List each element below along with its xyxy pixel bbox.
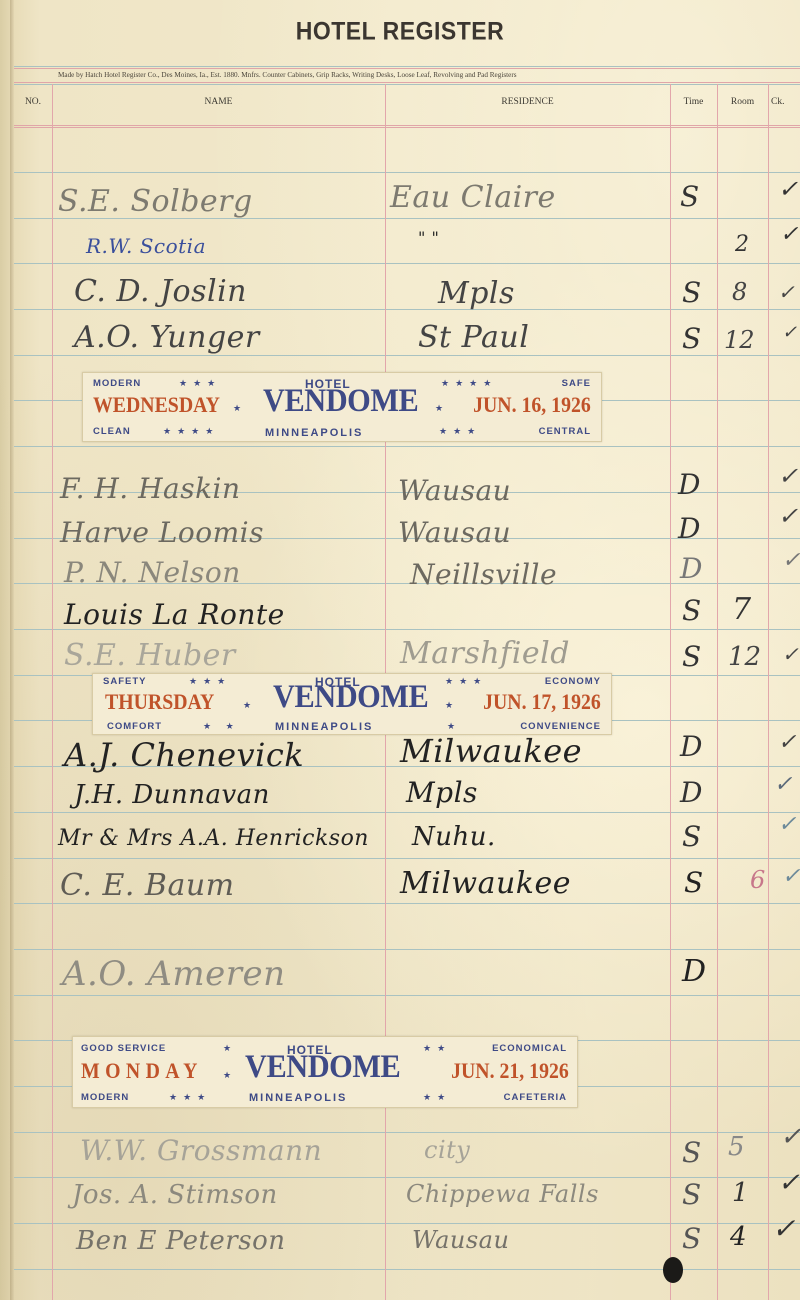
entry-residence: Mpls bbox=[438, 276, 515, 311]
stamp-date: JUN. 16, 1926 bbox=[473, 392, 591, 418]
rule-line bbox=[14, 82, 800, 83]
entry-check: ✓ bbox=[782, 548, 800, 573]
entry-residence: Nuhu. bbox=[412, 822, 496, 852]
stamp-slogan-bottom-left: MODERN bbox=[81, 1092, 129, 1103]
rule-line bbox=[14, 858, 800, 859]
date-stamp: SAFETY ★★★ ★★★ ECONOMY THURSDAY ★ HOTEL … bbox=[92, 673, 612, 735]
entry-check: ✓ bbox=[772, 1212, 795, 1245]
entry-name: Mr & Mrs A.A. Henrickson bbox=[58, 826, 369, 851]
entry-residence: Eau Claire bbox=[390, 180, 556, 215]
column-divider bbox=[670, 84, 671, 1300]
entry-name: C. D. Joslin bbox=[74, 274, 247, 309]
stamp-slogan-top-right: SAFE bbox=[562, 378, 591, 389]
entry-residence: Milwaukee bbox=[400, 866, 571, 901]
entry-time: D bbox=[680, 776, 702, 809]
stamp-hotel-name: VENDOME bbox=[273, 679, 428, 716]
entry-residence: Wausau bbox=[398, 516, 511, 549]
entry-name: S.E. Huber bbox=[64, 638, 236, 673]
entry-check: ✓ bbox=[782, 322, 797, 343]
stamp-day: WEDNESDAY bbox=[93, 392, 220, 418]
entry-name: Ben E Peterson bbox=[76, 1226, 285, 1256]
rule-line bbox=[14, 263, 800, 264]
stamp-slogan-bottom-left: CLEAN bbox=[93, 426, 131, 437]
entry-name: W.W. Grossmann bbox=[80, 1134, 322, 1167]
entry-check: ✓ bbox=[778, 502, 798, 530]
entry-residence: city bbox=[424, 1136, 470, 1164]
entry-name: Louis La Ronte bbox=[64, 598, 285, 631]
rule-line bbox=[14, 66, 800, 67]
entry-residence: Chippewa Falls bbox=[406, 1180, 599, 1208]
date-stamp: GOOD SERVICE ★ ★★ ECONOMICAL MONDAY ★ HO… bbox=[72, 1036, 578, 1108]
entry-room: 6 bbox=[750, 866, 765, 894]
rule-line bbox=[14, 84, 800, 85]
stamp-hotel-name: VENDOME bbox=[245, 1049, 400, 1086]
rule-line bbox=[14, 172, 800, 173]
star-icons: ★★★★ bbox=[441, 378, 497, 389]
entry-residence: Neillsville bbox=[410, 558, 557, 591]
star-icon: ★ bbox=[233, 403, 247, 414]
entry-check: ✓ bbox=[778, 730, 796, 755]
entry-name: Jos. A. Stimson bbox=[72, 1180, 278, 1210]
stamp-date: JUN. 21, 1926 bbox=[451, 1058, 569, 1084]
stamp-slogan-top-right: ECONOMY bbox=[545, 676, 601, 687]
rule-line bbox=[14, 1132, 800, 1133]
stamp-city: MINNEAPOLIS bbox=[275, 721, 373, 733]
entry-room: 5 bbox=[728, 1132, 745, 1162]
stamp-hotel-name: VENDOME bbox=[263, 383, 418, 420]
stamp-slogan-top-right: ECONOMICAL bbox=[492, 1043, 567, 1054]
stamp-date: JUN. 17, 1926 bbox=[483, 689, 601, 715]
entry-time: S bbox=[682, 640, 701, 673]
rule-line bbox=[14, 949, 800, 950]
entry-residence: Marshfield bbox=[400, 636, 570, 671]
header-bottom-rule bbox=[14, 125, 800, 126]
star-icons: ★★★ bbox=[169, 1092, 211, 1103]
date-stamp: MODERN ★★★ ★★★★ SAFE WEDNESDAY ★ HOTEL V… bbox=[82, 372, 602, 442]
stamp-slogan-bottom-right: CENTRAL bbox=[539, 426, 591, 437]
star-icon: ★ bbox=[447, 721, 461, 732]
stamp-slogan-top-left: SAFETY bbox=[103, 676, 146, 687]
stamp-day: THURSDAY bbox=[105, 689, 214, 715]
entry-residence: Mpls bbox=[406, 776, 478, 809]
stamp-city: MINNEAPOLIS bbox=[249, 1092, 347, 1104]
entry-name: P. N. Nelson bbox=[64, 556, 241, 589]
column-header-room: Room bbox=[717, 97, 768, 107]
entry-check: ✓ bbox=[778, 1168, 800, 1198]
page-title: HOTEL REGISTER bbox=[0, 17, 800, 46]
column-header-no: NO. bbox=[14, 97, 52, 107]
star-icon: ★ bbox=[435, 403, 449, 414]
entry-time: S bbox=[682, 1222, 701, 1255]
entry-name: C. E. Baum bbox=[60, 868, 235, 903]
stamp-slogan-bottom-right: CAFETERIA bbox=[504, 1092, 567, 1103]
entry-name: A.O. Ameren bbox=[62, 954, 286, 994]
stamp-city: MINNEAPOLIS bbox=[265, 427, 363, 439]
rule-line bbox=[14, 446, 800, 447]
star-icon: ★ bbox=[223, 1070, 237, 1081]
entry-name: A.O. Yunger bbox=[74, 320, 260, 355]
rule-line bbox=[14, 309, 800, 310]
stamp-slogan-top-left: MODERN bbox=[93, 378, 141, 389]
column-header-residence: RESIDENCE bbox=[385, 97, 670, 107]
entry-time: D bbox=[680, 730, 702, 763]
rule-line bbox=[14, 903, 800, 904]
entry-time: S bbox=[682, 1136, 701, 1169]
entry-time: D bbox=[678, 512, 700, 545]
entry-time: S bbox=[682, 594, 701, 627]
star-icons: ★ ★ bbox=[203, 721, 240, 732]
stamp-day: MONDAY bbox=[81, 1058, 203, 1084]
entry-room: 4 bbox=[730, 1222, 747, 1252]
entry-time: S bbox=[682, 276, 701, 309]
entry-room: 12 bbox=[728, 642, 761, 672]
entry-time: S bbox=[680, 180, 699, 213]
entry-check: ✓ bbox=[782, 864, 800, 889]
entry-time: D bbox=[678, 468, 700, 501]
star-icons: ★★★ bbox=[189, 676, 231, 687]
page-binding-edge bbox=[10, 0, 14, 1300]
entry-room: 1 bbox=[732, 1178, 749, 1208]
column-divider bbox=[768, 84, 769, 1300]
star-icons: ★★ bbox=[423, 1043, 451, 1054]
entry-name: A.J. Chenevick bbox=[64, 736, 304, 774]
entry-time: S bbox=[682, 322, 701, 355]
star-icon: ★ bbox=[243, 700, 257, 711]
entry-check: ✓ bbox=[780, 1122, 800, 1152]
stamp-slogan-top-left: GOOD SERVICE bbox=[81, 1043, 166, 1054]
rule-line bbox=[14, 812, 800, 813]
star-icons: ★★ bbox=[423, 1092, 451, 1103]
star-icons: ★★★★ bbox=[163, 426, 219, 437]
star-icon: ★ bbox=[223, 1043, 237, 1054]
entry-check: ✓ bbox=[780, 222, 798, 247]
column-header-check: Ck. bbox=[768, 97, 800, 107]
star-icons: ★★★ bbox=[179, 378, 221, 389]
entry-name: J.H. Dunnavan bbox=[74, 780, 270, 810]
entry-time: S bbox=[682, 1178, 701, 1211]
entry-check: ✓ bbox=[782, 642, 799, 666]
entry-residence: " " bbox=[418, 228, 439, 247]
entry-time: S bbox=[682, 820, 701, 853]
entry-residence: St Paul bbox=[418, 320, 529, 355]
rule-line bbox=[14, 355, 800, 356]
entry-check: ✓ bbox=[778, 175, 798, 203]
header-bottom-rule bbox=[14, 127, 800, 128]
star-icons: ★★★ bbox=[439, 426, 481, 437]
star-icon: ★ bbox=[445, 700, 459, 711]
entry-time: D bbox=[682, 954, 706, 989]
entry-check: ✓ bbox=[774, 772, 792, 797]
entry-check: ✓ bbox=[778, 280, 795, 304]
entry-residence: Wausau bbox=[398, 474, 511, 507]
entry-check: ✓ bbox=[778, 462, 798, 490]
entry-room: 12 bbox=[724, 326, 755, 354]
star-icons: ★★★ bbox=[445, 676, 487, 687]
entry-name: Harve Loomis bbox=[60, 516, 264, 549]
entry-name: F. H. Haskin bbox=[60, 472, 241, 505]
entry-room: 2 bbox=[735, 232, 749, 257]
entry-room: 7 bbox=[732, 592, 751, 627]
entry-time: D bbox=[680, 552, 702, 585]
entry-time: S bbox=[684, 866, 703, 899]
entry-name: R.W. Scotia bbox=[86, 234, 206, 258]
column-header-time: Time bbox=[670, 97, 717, 107]
entry-residence: Wausau bbox=[412, 1226, 509, 1254]
ink-blot bbox=[663, 1257, 683, 1283]
maker-imprint: Made by Hatch Hotel Register Co., Des Mo… bbox=[58, 71, 758, 79]
entry-residence: Milwaukee bbox=[400, 732, 582, 770]
stamp-slogan-bottom-left: COMFORT bbox=[107, 721, 162, 732]
column-divider bbox=[717, 84, 718, 1300]
entry-name: S.E. Solberg bbox=[58, 184, 253, 219]
rule-line bbox=[14, 68, 800, 69]
column-divider bbox=[52, 84, 53, 1300]
entry-check: ✓ bbox=[778, 812, 796, 837]
entry-room: 8 bbox=[732, 278, 747, 306]
column-header-name: NAME bbox=[52, 97, 385, 107]
rule-line bbox=[14, 995, 800, 996]
stamp-slogan-bottom-right: CONVENIENCE bbox=[520, 721, 601, 732]
